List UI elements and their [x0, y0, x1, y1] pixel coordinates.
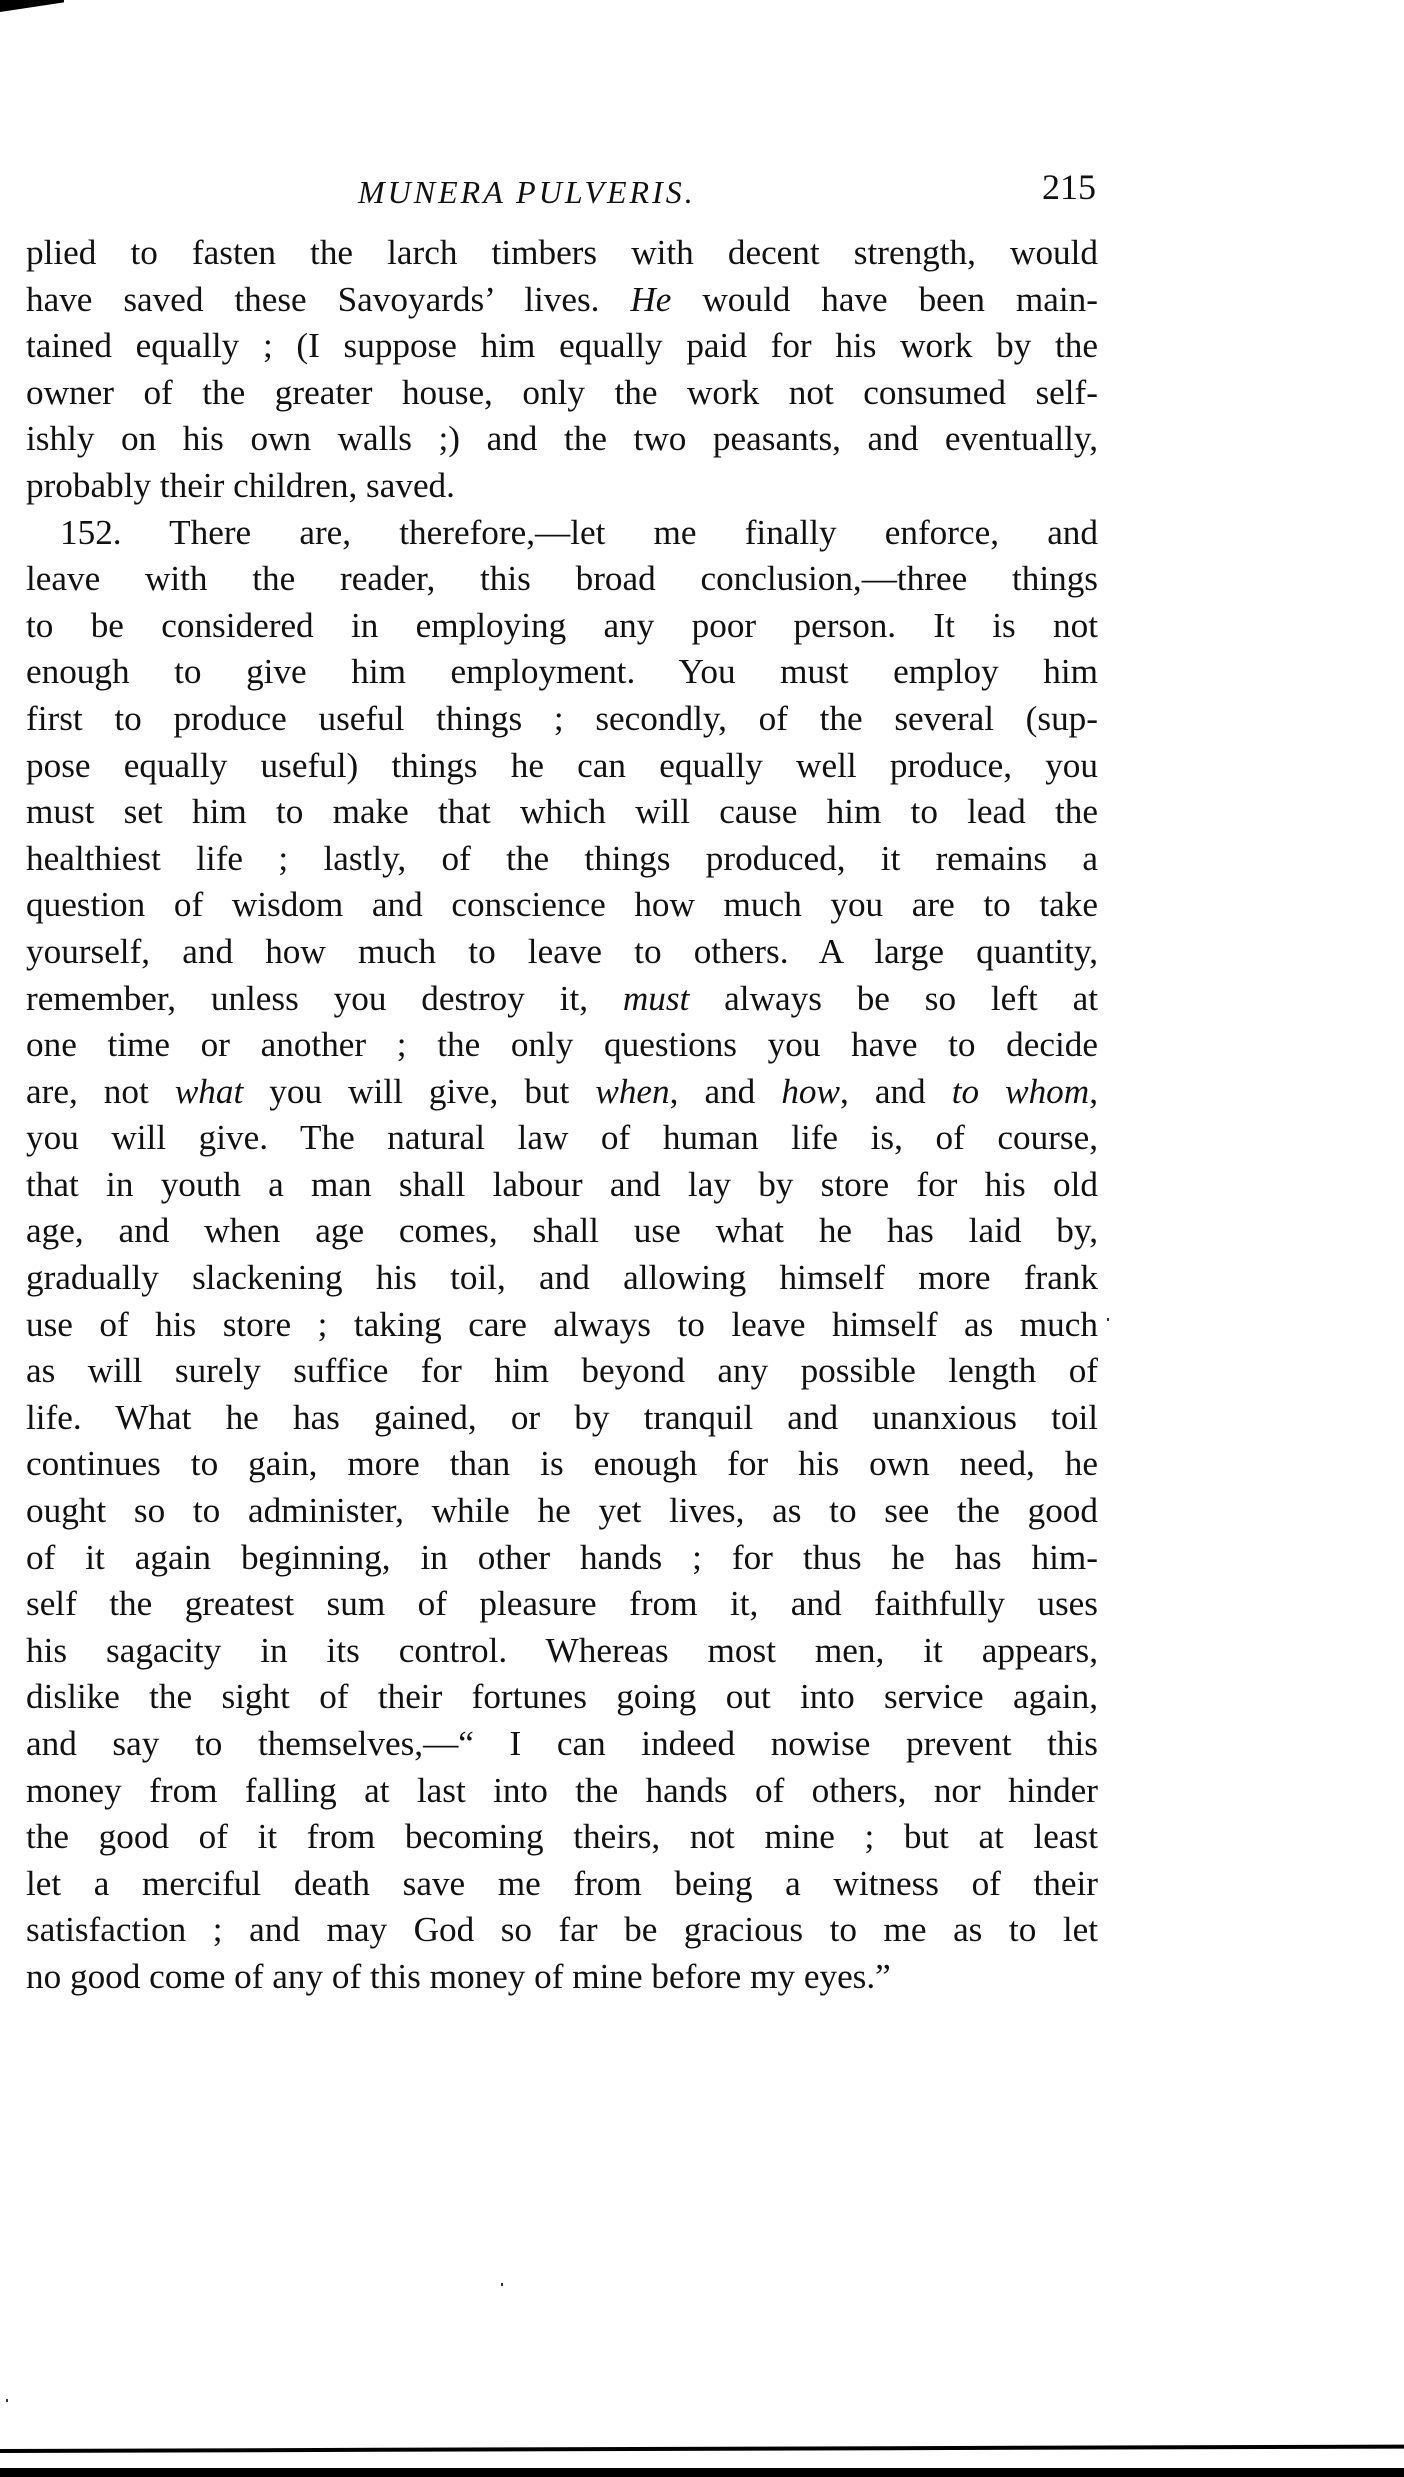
text-line: let a merciful death save me from being … [26, 1861, 1098, 1908]
text-line: no good come of any of this money of min… [26, 1954, 1098, 2001]
text-line: use of his store ; taking care always to… [26, 1302, 1098, 1349]
text-line: self the greatest sum of pleasure from i… [26, 1581, 1098, 1628]
paragraph-152: 152. There are, therefore,—let me finall… [26, 510, 1098, 2001]
body-text: plied to fasten the larch timbers with d… [26, 230, 1098, 2001]
scan-edge-bar [0, 2468, 1404, 2477]
italic-emphasis: He [630, 280, 671, 319]
text-line: probably their children, saved. [26, 463, 1098, 510]
text-line: tained equally ; (I suppose him equally … [26, 323, 1098, 370]
text-line: that in youth a man shall labour and lay… [26, 1162, 1098, 1209]
italic-emphasis: what [175, 1072, 243, 1111]
scan-speck [501, 2283, 503, 2286]
text-line: enough to give him employment. You must … [26, 649, 1098, 696]
text-line: his sagacity in its control. Whereas mos… [26, 1628, 1098, 1675]
italic-emphasis: how [781, 1072, 840, 1111]
text-line: dislike the sight of their fortunes goin… [26, 1674, 1098, 1721]
text-line: leave with the reader, this broad conclu… [26, 556, 1098, 603]
italic-emphasis: must [623, 979, 689, 1018]
text-line: healthiest life ; lastly, of the things … [26, 836, 1098, 883]
text-line: you will give. The natural law of human … [26, 1115, 1098, 1162]
text-line: as will surely suffice for him beyond an… [26, 1348, 1098, 1395]
scan-corner-artifact [0, 0, 64, 12]
paragraph-continued: plied to fasten the larch timbers with d… [26, 230, 1098, 510]
text-line: have saved these Savoyards’ lives. He wo… [26, 277, 1098, 324]
text-line: pose equally useful) things he can equal… [26, 743, 1098, 790]
text-line: one time or another ; the only questions… [26, 1022, 1098, 1069]
text-line: owner of the greater house, only the wor… [26, 370, 1098, 417]
page-number: 215 [1042, 166, 1096, 208]
text-line: the good of it from becoming theirs, not… [26, 1814, 1098, 1861]
text-line: first to produce useful things ; secondl… [26, 696, 1098, 743]
text-line: are, not what you will give, but when, a… [26, 1069, 1098, 1116]
text-line: continues to gain, more than is enough f… [26, 1441, 1098, 1488]
text-line: age, and when age comes, shall use what … [26, 1208, 1098, 1255]
scan-edge-rule [0, 2445, 1404, 2453]
text-line: must set him to make that which will cau… [26, 789, 1098, 836]
text-line: ishly on his own walls ;) and the two pe… [26, 416, 1098, 463]
text-line: 152. There are, therefore,—let me finall… [26, 510, 1098, 557]
text-line: remember, unless you destroy it, must al… [26, 976, 1098, 1023]
text-line: and say to themselves,—“ I can indeed no… [26, 1721, 1098, 1768]
text-line: money from falling at last into the hand… [26, 1768, 1098, 1815]
book-page: MUNERA PULVERIS. 215 plied to fasten the… [26, 160, 1098, 2001]
text-line: yourself, and how much to leave to other… [26, 929, 1098, 976]
running-title: MUNERA PULVERIS. [358, 174, 696, 211]
scan-speck [1107, 1318, 1109, 1321]
scan-speck [6, 2399, 8, 2402]
italic-emphasis: when [595, 1072, 669, 1111]
text-line: to be considered in employing any poor p… [26, 603, 1098, 650]
text-line: satisfaction ; and may God so far be gra… [26, 1907, 1098, 1954]
text-line: life. What he has gained, or by tranquil… [26, 1395, 1098, 1442]
running-header: MUNERA PULVERIS. 215 [26, 160, 1098, 222]
text-line: gradually slackening his toil, and allow… [26, 1255, 1098, 1302]
text-line: plied to fasten the larch timbers with d… [26, 230, 1098, 277]
italic-emphasis: to whom [952, 1072, 1089, 1111]
text-line: question of wisdom and conscience how mu… [26, 882, 1098, 929]
text-line: ought so to administer, while he yet liv… [26, 1488, 1098, 1535]
text-line: of it again beginning, in other hands ; … [26, 1535, 1098, 1582]
